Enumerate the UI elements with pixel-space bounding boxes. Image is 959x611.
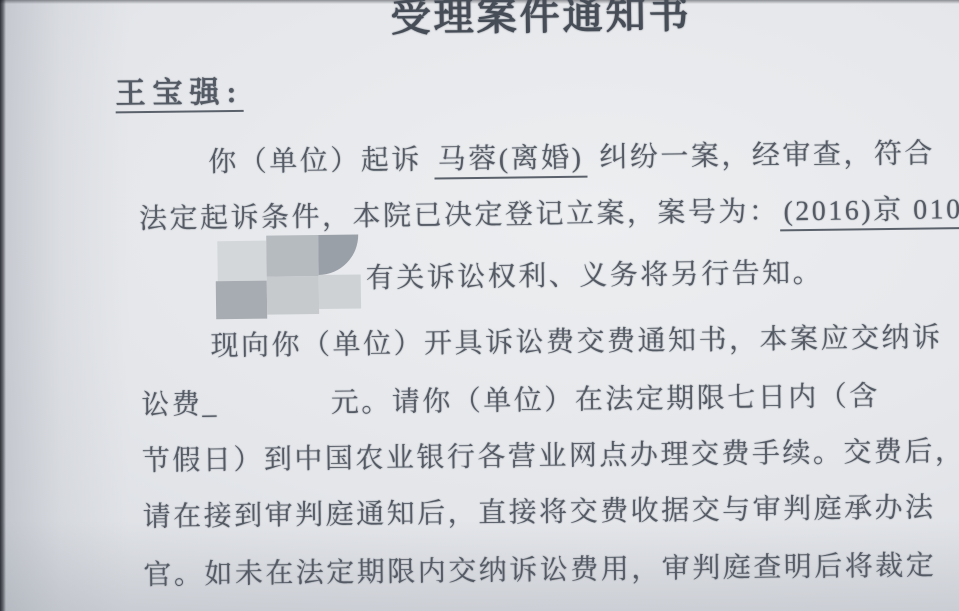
document-photo: 受理案件通知书 王宝强: 你（单位）起诉马蓉(离婚)纠纷一案，经审查，符合 法定… bbox=[0, 0, 959, 611]
fee-blank-space bbox=[219, 412, 331, 413]
line2-text: 法定起诉条件，本院已决定登记立案，案号为： bbox=[139, 196, 780, 235]
doc-line-4: 现向你（单位）开具诉讼费交费通知书，本案应交纳诉 bbox=[210, 318, 942, 367]
mosaic-tile bbox=[216, 281, 267, 320]
doc-line-8: 官。如未在法定期限内交纳诉讼费用，审判庭查明后将裁定 bbox=[143, 546, 936, 596]
recipient-name: 王宝强: bbox=[115, 76, 243, 114]
mosaic-tile bbox=[319, 274, 361, 309]
line1-text: 你（单位）起诉 bbox=[208, 145, 422, 179]
document-title: 受理案件通知书 bbox=[390, 0, 691, 38]
mosaic-tile bbox=[266, 235, 318, 277]
doc-line-2: 法定起诉条件，本院已决定登记立案，案号为：(2016)京 0105 bbox=[139, 190, 959, 240]
mosaic-tile bbox=[217, 241, 266, 282]
mosaic-tile bbox=[267, 276, 319, 315]
redaction-mosaic bbox=[215, 234, 363, 319]
defendant-name-underlined: 马蓉(离婚) bbox=[434, 143, 588, 180]
recipient-line: 王宝强: bbox=[115, 73, 243, 116]
fee-blank-underscore: _ bbox=[202, 389, 219, 420]
case-number-underlined: (2016)京 0105 bbox=[779, 194, 959, 231]
document-page: 受理案件通知书 王宝强: 你（单位）起诉马蓉(离婚)纠纷一案，经审查，符合 法定… bbox=[0, 0, 959, 611]
line5-text: 元。请你（单位）在法定期限七日内（含 bbox=[331, 381, 880, 419]
doc-line-6: 节假日）到中国农业银行各营业网点办理交费手续。交费后， bbox=[142, 432, 959, 482]
doc-line-3: 有关诉讼权利、义务将另行告知。 bbox=[365, 254, 823, 300]
doc-line-1: 你（单位）起诉马蓉(离婚)纠纷一案，经审查，符合 bbox=[208, 134, 935, 183]
doc-line-7: 请在接到审判庭通知后，直接将交费收据交与审判庭承办法 bbox=[142, 488, 935, 538]
mosaic-tile bbox=[318, 234, 358, 274]
line1-text-after: 纠纷一案，经审查，符合 bbox=[599, 138, 935, 173]
doc-line-5: 讼费_元。请你（单位）在法定期限七日内（含 bbox=[141, 377, 880, 426]
fee-label: 讼费 bbox=[141, 389, 202, 421]
